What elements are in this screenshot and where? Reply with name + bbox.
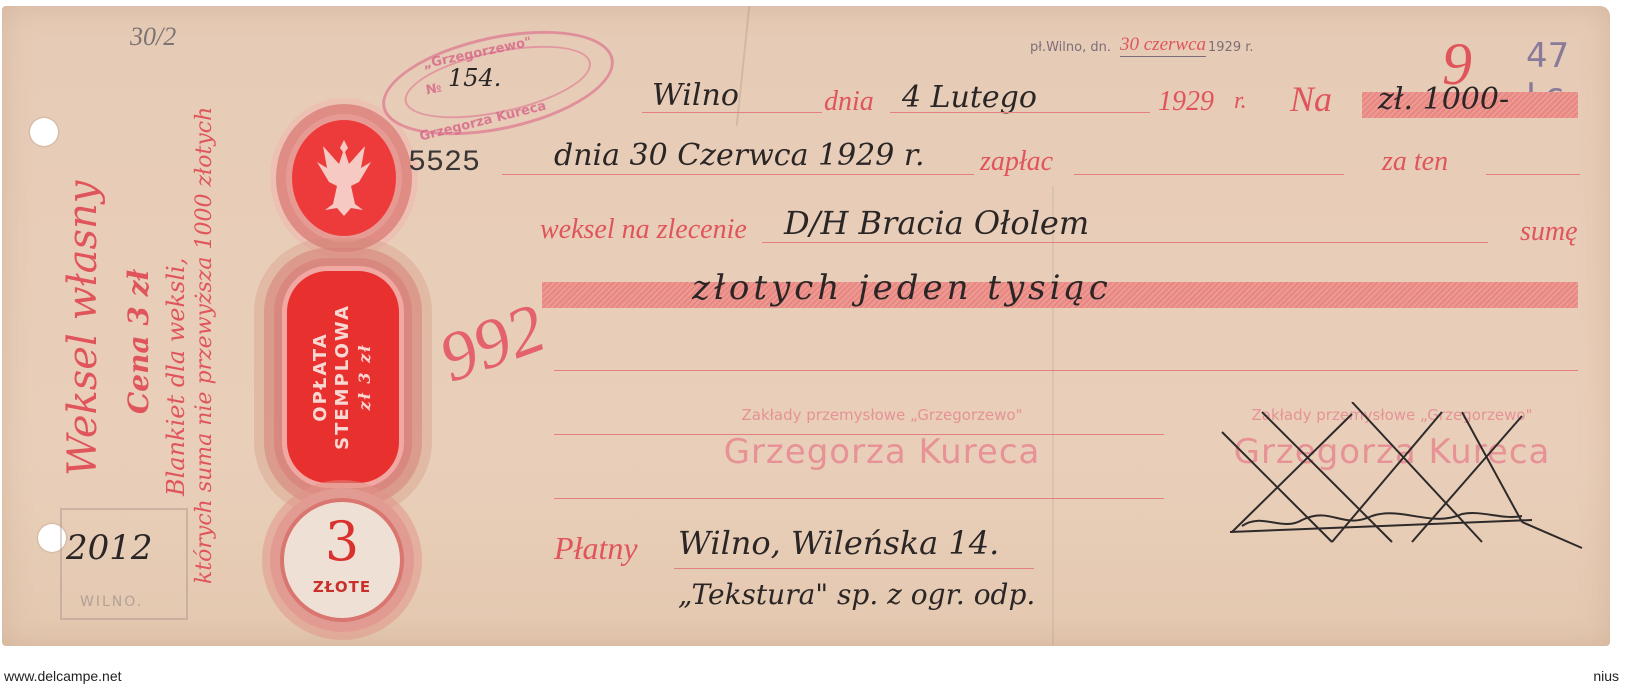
stamp-duty-cartouche: OPŁATA STEMPLOWA zł 3 zł (282, 266, 404, 488)
label-r: r. (1234, 88, 1247, 115)
pencil-annotation-top: 30/2 (130, 22, 176, 52)
stamp-label-line3: zł 3 zł (354, 304, 376, 450)
field-line (554, 370, 1578, 371)
field-line (1074, 174, 1344, 175)
payee-name: D/H Bracia Ołolem (784, 204, 1089, 242)
side-title: Weksel własny (60, 181, 106, 476)
field-line (1486, 174, 1580, 175)
serial-number: 5525 (408, 146, 480, 180)
payable-address-line2: „Tekstura" sp. z ogr. odp. (678, 578, 1035, 611)
stamp-label-line1: OPŁATA (310, 304, 332, 450)
company-stamp-left: Zakłady przemysłowe „Grzegorzewo" Grzego… (602, 406, 1162, 472)
punch-hole (30, 118, 58, 146)
issue-year: 1929 (1158, 86, 1214, 118)
stamp-value-medallion: 3 ZŁOTE (280, 498, 404, 622)
label-dnia: dnia (824, 86, 874, 118)
issue-place: Wilno (652, 78, 739, 113)
field-line (674, 568, 1034, 569)
label-weksel-na-zlecenie: weksel na zlecenie (540, 214, 747, 246)
label-sume: sumę (1520, 216, 1578, 248)
due-date: dnia 30 Czerwca 1929 r. (554, 138, 924, 173)
revenue-stamp: OPŁATA STEMPLOWA zł 3 zł 3 ZŁOTE (264, 66, 414, 621)
field-line (762, 242, 1488, 243)
promissory-note: 30/2 Weksel własny Cena 3 zł Blankiet dl… (2, 6, 1610, 646)
amount-figures: zł. 1000- (1378, 82, 1509, 117)
field-line (502, 174, 974, 175)
company-stamp-left-line1: Zakłady przemysłowe „Grzegorzewo" (602, 406, 1162, 424)
payable-address: Wilno, Wileńska 14. (678, 524, 999, 562)
stamp-value-currency: ZŁOTE (284, 578, 400, 596)
company-stamp-left-line2: Grzegorza Kureca (602, 432, 1162, 472)
stamp-label-line2: STEMPLOWA (332, 304, 354, 450)
protest-stamp-date: 30 czerwca (1120, 34, 1206, 57)
red-crayon-number: 992 (429, 288, 555, 399)
archive-stamp-text: WILNO. (80, 594, 143, 610)
field-line (642, 112, 822, 113)
watermark-right: nius (1593, 668, 1619, 684)
protest-stamp-label: pł.Wilno, dn. (1030, 40, 1111, 55)
side-price: Cena 3 zł (122, 270, 155, 414)
amount-in-words: złotych jeden tysiąc (692, 268, 1112, 308)
stamp-value-number: 3 (284, 510, 400, 573)
label-platny: Płatny (554, 530, 638, 567)
label-za-ten: za ten (1382, 146, 1448, 178)
side-note-line2: których suma nie przewyższa 1000 złotych (192, 107, 217, 584)
label-na: Na (1290, 78, 1332, 120)
crossed-signature-icon (1202, 402, 1602, 552)
field-line (554, 498, 1164, 499)
field-line (890, 112, 1150, 113)
label-zaplac: zapłac (980, 146, 1053, 178)
watermark-left: www.delcampe.net (4, 668, 122, 684)
pencil-annotation-archive: 2012 (66, 528, 153, 568)
oval-stamp-number-prefix: № (425, 81, 443, 99)
eagle-icon (292, 134, 396, 236)
protest-stamp-year: 1929 r. (1208, 40, 1254, 55)
issue-date: 4 Lutego (902, 80, 1037, 115)
oval-stamp-number: 154. (448, 64, 501, 92)
stamp-duty-label: OPŁATA STEMPLOWA zł 3 zł (310, 304, 376, 450)
eagle-medallion (286, 114, 402, 242)
side-note-line1: Blankiet dla weksli, (162, 258, 190, 496)
